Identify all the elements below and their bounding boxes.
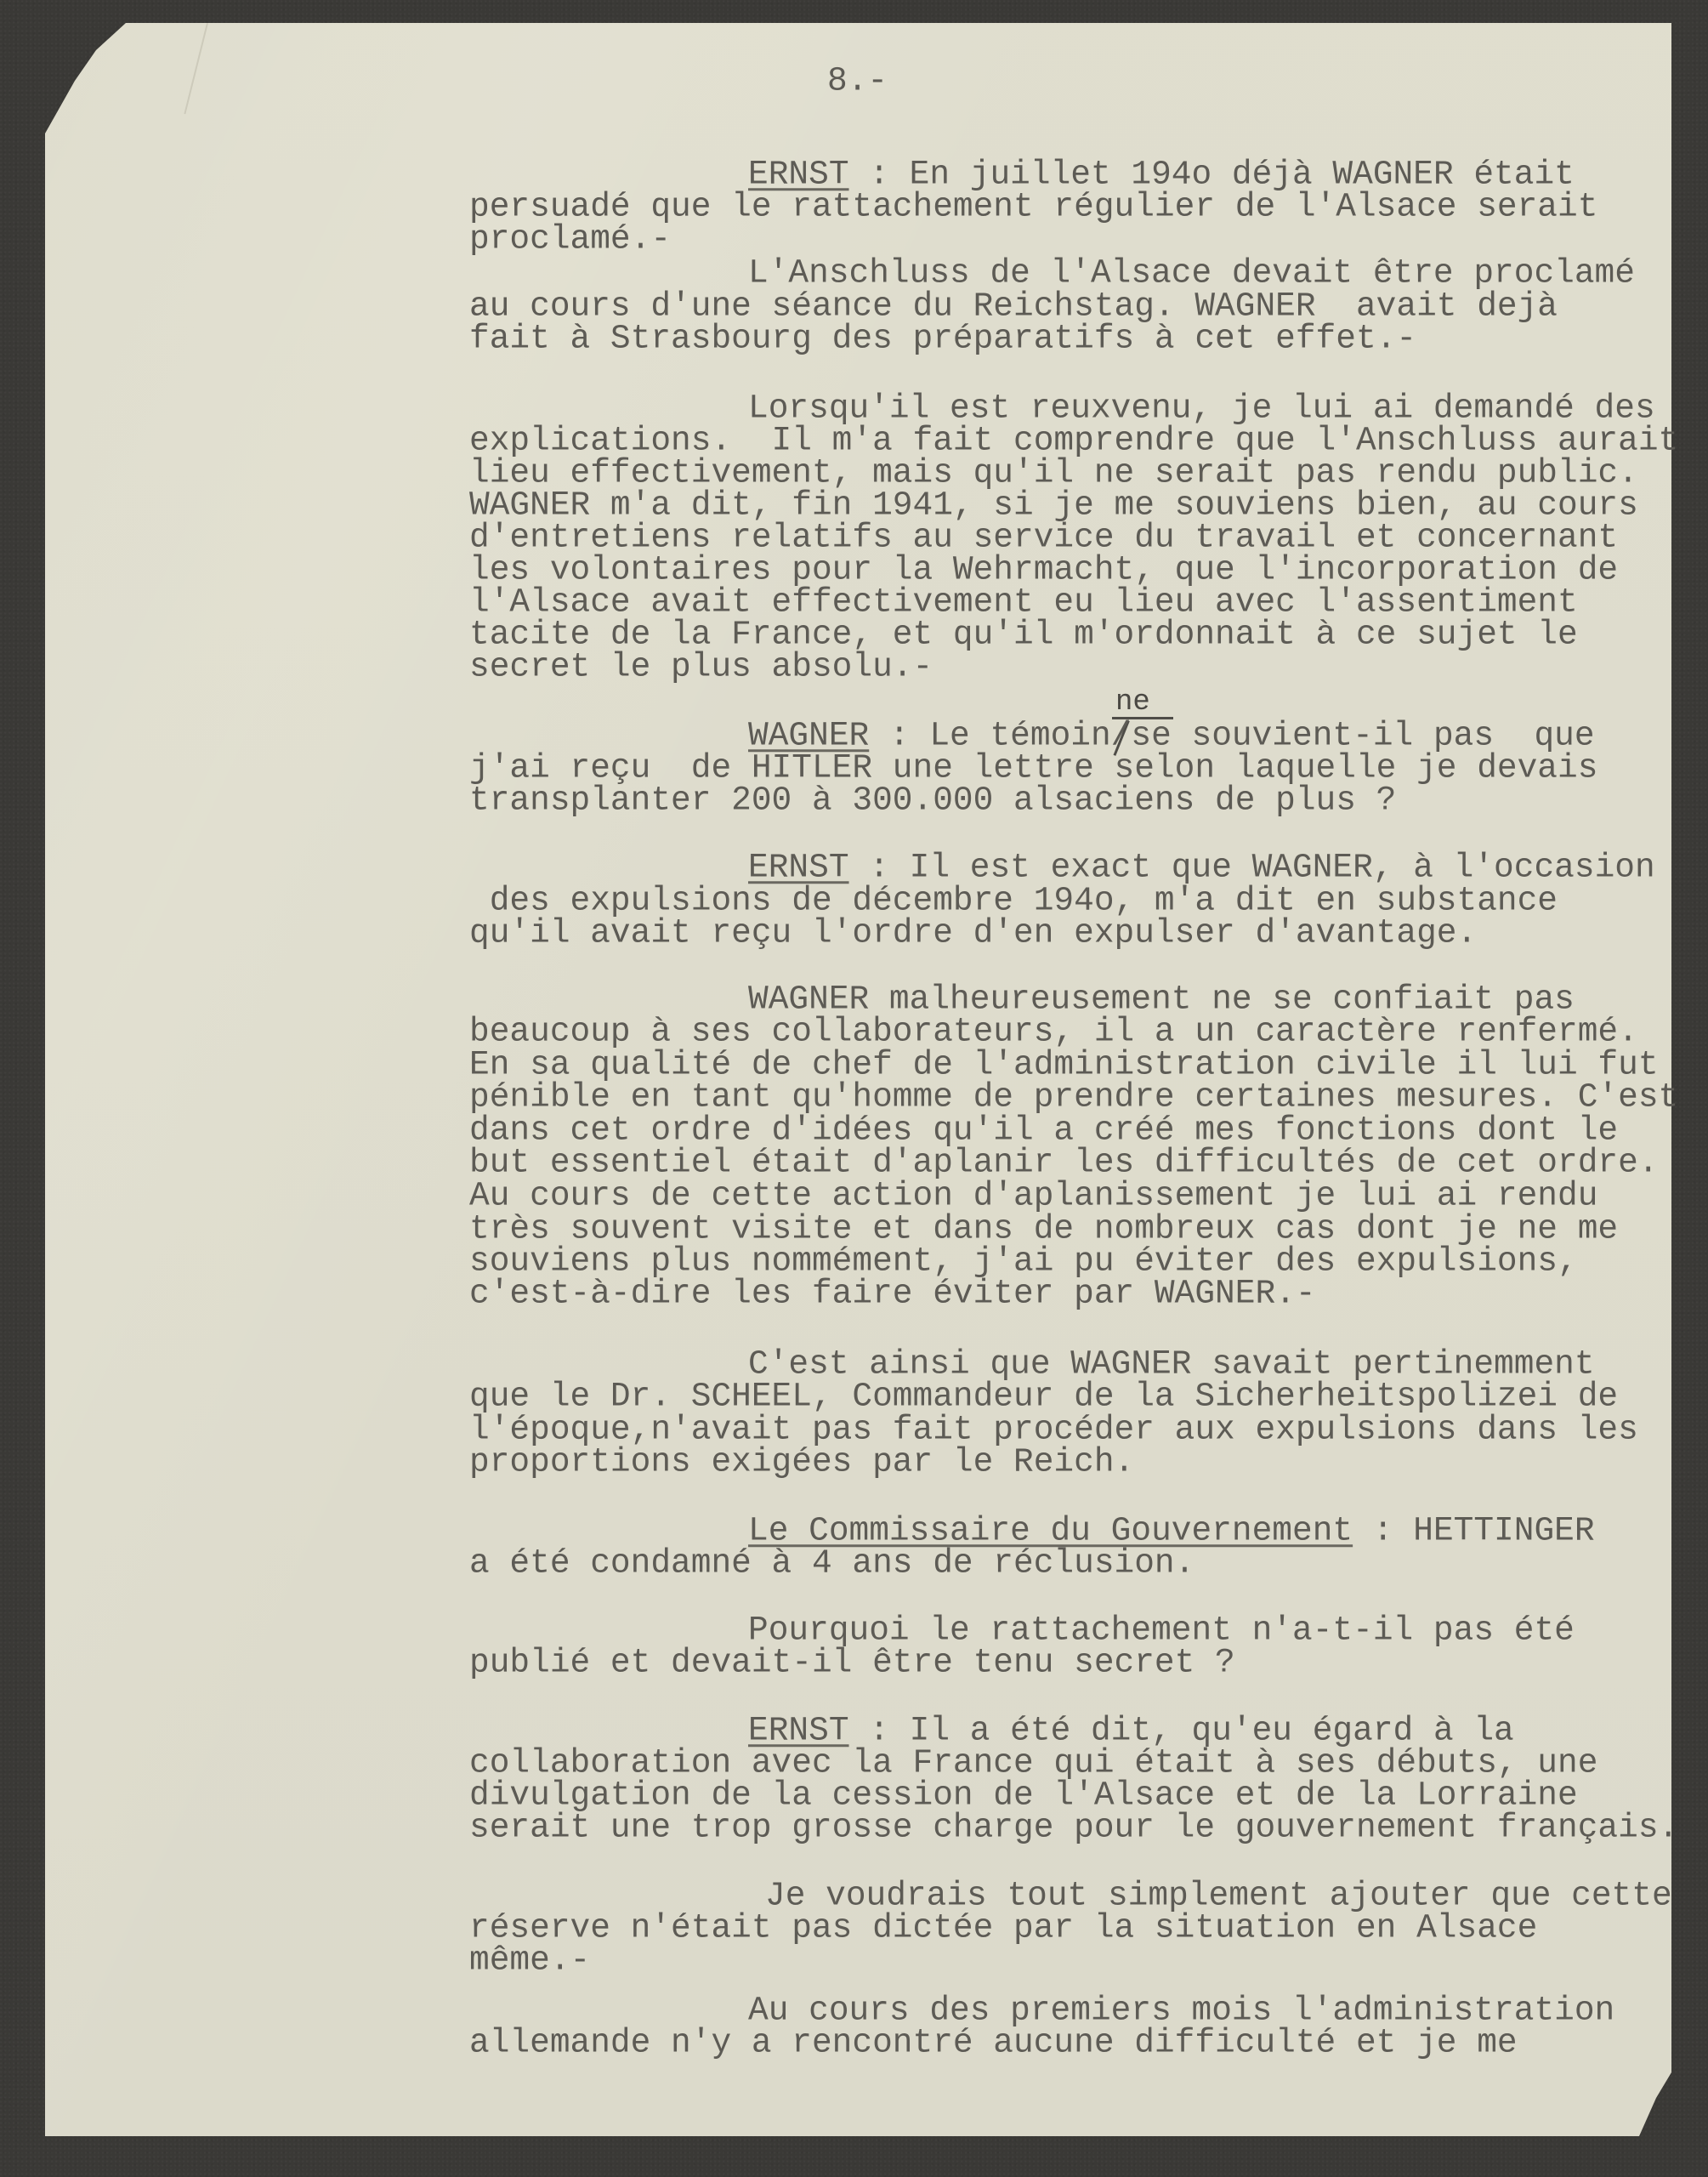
handwritten-insertion: ne xyxy=(1115,688,1150,717)
paragraph-12-line-2: allemande n'y a rencontré aucune difficu… xyxy=(469,2026,1518,2060)
paragraph-6-line-10: c'est-à-dire les faire éviter par WAGNER… xyxy=(469,1276,1316,1310)
page-number: 8.- xyxy=(827,64,888,98)
paragraph-9-line-1: Pourquoi le rattachement n'a-t-il pas ét… xyxy=(748,1613,1575,1647)
paragraph-6-line-7: Au cours de cette action d'aplanissement… xyxy=(469,1179,1597,1213)
paragraph-11-line-2: réserve n'était pas dictée par la situat… xyxy=(469,1911,1537,1945)
paragraph-6-line-8: très souvent visite et dans de nombreux … xyxy=(469,1212,1618,1246)
paragraph-1-line-2: persuadé que le rattachement régulier de… xyxy=(469,190,1597,224)
paragraph-2-line-1: L'Anschluss de l'Alsace devait être proc… xyxy=(748,256,1635,290)
paragraph-1-line-1: ERNST : En juillet 194o déjà WAGNER étai… xyxy=(748,157,1575,191)
paragraph-3-line-2: explications. Il m'a fait comprendre que… xyxy=(469,423,1678,458)
paragraph-7-line-4: proportions exigées par le Reich. xyxy=(469,1445,1134,1479)
paragraph-3-line-3: lieu effectivement, mais qu'il ne serait… xyxy=(469,456,1638,490)
paragraph-3-line-6: les volontaires pour la Wehrmacht, que l… xyxy=(469,553,1618,587)
paragraph-6-line-1: WAGNER malheureusement ne se confiait pa… xyxy=(748,982,1575,1016)
paragraph-1-line-3: proclamé.- xyxy=(469,222,671,256)
paragraph-10-line-2: collaboration avec la France qui était à… xyxy=(469,1746,1597,1780)
paragraph-6-line-6: but essentiel était d'aplanir les diffic… xyxy=(469,1145,1659,1179)
paragraph-4-line-3: transplanter 200 à 300.000 alsaciens de … xyxy=(469,783,1396,817)
paragraph-3-line-5: d'entretiens relatifs au service du trav… xyxy=(469,520,1618,554)
paragraph-6-line-4: pénible en tant qu'homme de prendre cert… xyxy=(469,1080,1678,1114)
paragraph-3-line-4: WAGNER m'a dit, fin 1941, si je me souvi… xyxy=(469,488,1638,522)
paragraph-9-line-2: publié et devait-il être tenu secret ? xyxy=(469,1646,1235,1680)
paragraph-5-line-1: ERNST : Il est exact que WAGNER, à l'occ… xyxy=(748,850,1655,884)
paper-crease xyxy=(184,23,208,114)
paragraph-6-line-5: dans cet ordre d'idées qu'il a créé mes … xyxy=(469,1113,1618,1147)
paragraph-7-line-1: C'est ainsi que WAGNER savait pertinemme… xyxy=(748,1347,1595,1381)
paragraph-7-line-3: l'époque,n'avait pas fait procéder aux e… xyxy=(469,1412,1638,1447)
paragraph-2-line-3: fait à Strasbourg des préparatifs à cet … xyxy=(469,321,1416,355)
paragraph-6-line-2: beaucoup à ses collaborateurs, il a un c… xyxy=(469,1015,1638,1049)
paragraph-10-line-3: divulgation de la cession de l'Alsace et… xyxy=(469,1778,1578,1812)
paragraph-12-line-1: Au cours des premiers mois l'administrat… xyxy=(748,1993,1614,2027)
paragraph-5-line-2: des expulsions de décembre 194o, m'a dit… xyxy=(469,884,1558,918)
paragraph-3-line-8: tacite de la France, et qu'il m'ordonnai… xyxy=(469,617,1578,651)
paragraph-11-line-1: Je voudrais tout simplement ajouter que … xyxy=(765,1879,1672,1913)
paragraph-2-line-2: au cours d'une séance du Reichstag. WAGN… xyxy=(469,289,1558,323)
paragraph-10-line-1: ERNST : Il a été dit, qu'eu égard à la xyxy=(748,1714,1514,1748)
paragraph-7-line-2: que le Dr. SCHEEL, Commandeur de la Sich… xyxy=(469,1379,1618,1413)
paragraph-5-line-3: qu'il avait reçu l'ordre d'en expulser d… xyxy=(469,916,1477,950)
paragraph-3-line-1: Lorsqu'il est reuxvenu, je lui ai demand… xyxy=(748,391,1655,425)
paragraph-8-line-1: Le Commissaire du Gouvernement : HETTING… xyxy=(748,1514,1595,1548)
paragraph-3-line-9: secret le plus absolu.- xyxy=(469,650,933,684)
paragraph-6-line-9: souviens plus nommément, j'ai pu éviter … xyxy=(469,1244,1578,1278)
paragraph-4-line-1: WAGNER : Le témoin/se souvient-il pas qu… xyxy=(748,719,1595,753)
paragraph-4-line-2: j'ai reçu de HITLER une lettre selon laq… xyxy=(469,751,1597,785)
paragraph-6-line-3: En sa qualité de chef de l'administratio… xyxy=(469,1048,1659,1082)
paragraph-10-line-4: serait une trop grosse charge pour le go… xyxy=(469,1810,1678,1844)
paragraph-3-line-7: l'Alsace avait effectivement eu lieu ave… xyxy=(469,585,1578,619)
paragraph-11-line-3: même.- xyxy=(469,1943,590,1977)
paragraph-8-line-2: a été condamné à 4 ans de réclusion. xyxy=(469,1546,1194,1580)
